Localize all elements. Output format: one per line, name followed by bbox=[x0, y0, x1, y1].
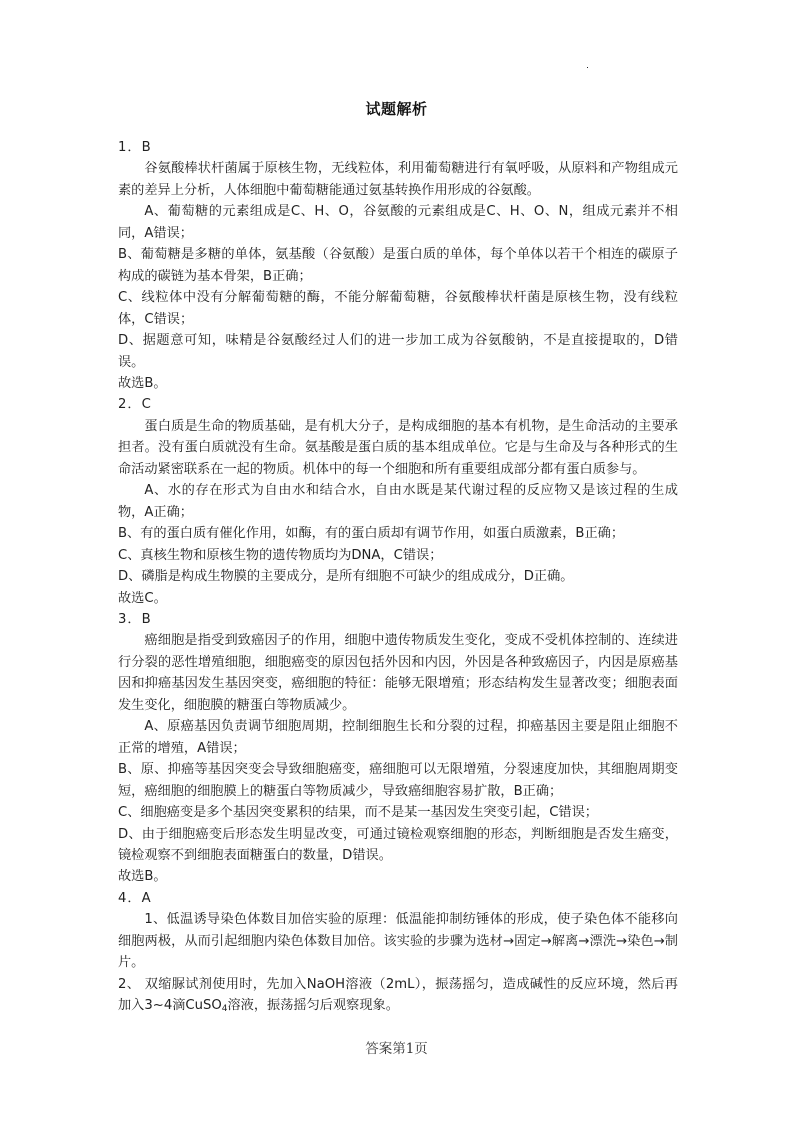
question-4-answer: 4．A bbox=[118, 888, 678, 909]
question-3-section: 3．B 癌细胞是指受到致癌因子的作用，细胞中遗传物质发生变化，变成不受机体控制的… bbox=[118, 609, 678, 888]
question-2-answer: 2．C bbox=[118, 394, 678, 415]
question-2-section: 2．C 蛋白质是生命的物质基础，是有机大分子，是构成细胞的基本有机物，是生命活动… bbox=[118, 394, 678, 609]
question-2-option-a: A、水的存在形式为自由水和结合水，自由水既是某代谢过程的反应物又是该过程的生成物… bbox=[118, 480, 678, 523]
question-4-point-2: 2、 双缩脲试剂使用时，先加入NaOH溶液（2mL），振荡摇匀，造成碱性的反应环… bbox=[118, 974, 678, 1017]
question-3-conclusion: 故选B。 bbox=[118, 866, 678, 887]
question-2-option-c: C、真核生物和原核生物的遗传物质均为DNA，C错误； bbox=[118, 545, 678, 566]
question-3-option-b: B、原、抑癌等基因突变会导致细胞癌变，癌细胞可以无限增殖，分裂速度加快，其细胞周… bbox=[118, 759, 678, 802]
page-title: 试题解析 bbox=[0, 98, 793, 119]
question-4-section: 4．A 1、低温诱导染色体数目加倍实验的原理：低温能抑制纺锤体的形成，使子染色体… bbox=[118, 888, 678, 1017]
corner-dot-mark bbox=[587, 67, 588, 68]
question-3-option-d: D、由于细胞癌变后形态发生明显改变，可通过镜检观察细胞的形态，判断细胞是否发生癌… bbox=[118, 824, 678, 867]
page-footer: 答案第1页 bbox=[0, 1037, 793, 1057]
answer-content: 1．B 谷氨酸棒状杆菌属于原核生物，无线粒体，利用葡萄糖进行有氧呼吸，从原料和产… bbox=[118, 137, 678, 1017]
question-1-option-a: A、葡萄糖的元素组成是C、H、O，谷氨酸的元素组成是C、H、O、N，组成元素并不… bbox=[118, 201, 678, 244]
question-1-conclusion: 故选B。 bbox=[118, 373, 678, 394]
question-4-point-2-tail: 溶液，振荡摇匀后观察现象。 bbox=[227, 998, 398, 1013]
question-2-conclusion: 故选C。 bbox=[118, 588, 678, 609]
question-3-answer: 3．B bbox=[118, 609, 678, 630]
question-2-analysis: 蛋白质是生命的物质基础，是有机大分子，是构成细胞的基本有机物，是生命活动的主要承… bbox=[118, 416, 678, 480]
question-1-answer: 1．B bbox=[118, 137, 678, 158]
question-1-option-c: C、线粒体中没有分解葡萄糖的酶，不能分解葡萄糖，谷氨酸棒状杆菌是原核生物，没有线… bbox=[118, 287, 678, 330]
question-3-option-a: A、原癌基因负责调节细胞周期，控制细胞生长和分裂的过程，抑癌基因主要是阻止细胞不… bbox=[118, 716, 678, 759]
question-1-analysis: 谷氨酸棒状杆菌属于原核生物，无线粒体，利用葡萄糖进行有氧呼吸，从原料和产物组成元… bbox=[118, 158, 678, 201]
question-3-analysis: 癌细胞是指受到致癌因子的作用，细胞中遗传物质发生变化，变成不受机体控制的、连续进… bbox=[118, 630, 678, 716]
question-2-option-d: D、磷脂是构成生物膜的主要成分，是所有细胞不可缺少的组成成分，D正确。 bbox=[118, 566, 678, 587]
question-3-option-c: C、细胞癌变是多个基因突变累积的结果，而不是某一基因发生突变引起，C错误； bbox=[118, 802, 678, 823]
question-1-option-d: D、据题意可知，味精是谷氨酸经过人们的进一步加工成为谷氨酸钠，不是直接提取的，D… bbox=[118, 330, 678, 373]
question-1-option-b: B、葡萄糖是多糖的单体，氨基酸（谷氨酸）是蛋白质的单体，每个单体以若干个相连的碳… bbox=[118, 244, 678, 287]
question-1-section: 1．B 谷氨酸棒状杆菌属于原核生物，无线粒体，利用葡萄糖进行有氧呼吸，从原料和产… bbox=[118, 137, 678, 394]
answer-page: 试题解析 1．B 谷氨酸棒状杆菌属于原核生物，无线粒体，利用葡萄糖进行有氧呼吸，… bbox=[0, 0, 793, 1122]
question-4-point-1: 1、低温诱导染色体数目加倍实验的原理：低温能抑制纺锤体的形成，使子染色体不能移向… bbox=[118, 909, 678, 973]
question-2-option-b: B、有的蛋白质有催化作用，如酶，有的蛋白质却有调节作用，如蛋白质激素，B正确； bbox=[118, 523, 678, 544]
